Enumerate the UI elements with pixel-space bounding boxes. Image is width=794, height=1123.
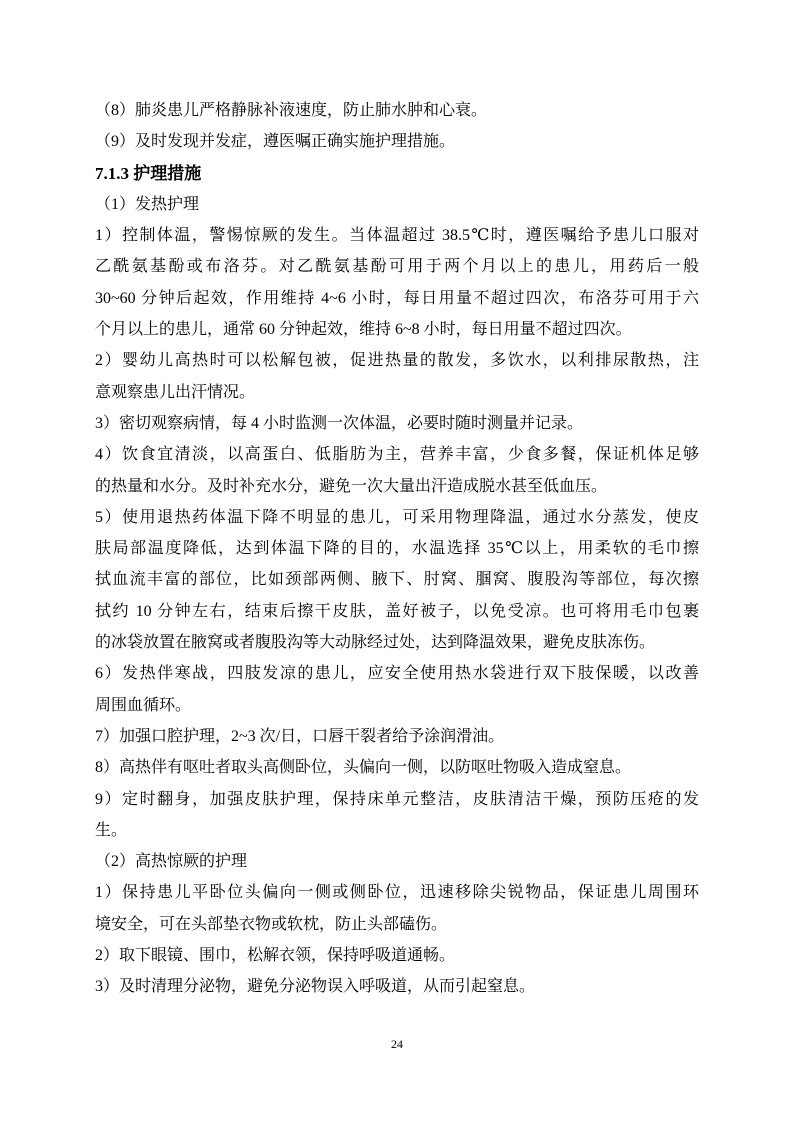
document-body: （8）肺炎患儿严格静脉补液速度，防止肺水肿和心衰。（9）及时发现并发症，遵医嘱正… — [95, 95, 699, 1003]
text-line: 拭血流丰富的部位，比如颈部两侧、腋下、肘窝、腘窝、腹股沟等部位，每次擦 — [95, 564, 699, 595]
text-line: 7）加强口腔护理，2~3 次/日，口唇干裂者给予涂润滑油。 — [95, 721, 699, 752]
text-line: 2）取下眼镜、围巾，松解衣领，保持呼吸道通畅。 — [95, 940, 699, 971]
text-line: （2）高热惊厥的护理 — [95, 846, 699, 877]
text-line: 6）发热伴寒战，四肢发凉的患儿，应安全使用热水袋进行双下肢保暖，以改善 — [95, 658, 699, 689]
text-line: 肤局部温度降低，达到体温下降的目的，水温选择 35℃以上，用柔软的毛巾擦 — [95, 533, 699, 564]
text-line: 3）及时清理分泌物，避免分泌物误入呼吸道，从而引起窒息。 — [95, 971, 699, 1002]
text-line: 周围血循环。 — [95, 690, 699, 721]
text-line: 个月以上的患儿，通常 60 分钟起效，维持 6~8 小时，每日用量不超过四次。 — [95, 314, 699, 345]
text-line: 拭约 10 分钟左右，结束后擦干皮肤，盖好被子，以免受凉。也可将用毛巾包裹 — [95, 596, 699, 627]
text-line: 的冰袋放置在腋窝或者腹股沟等大动脉经过处，达到降温效果，避免皮肤冻伤。 — [95, 627, 699, 658]
text-line: 3）密切观察病情，每 4 小时监测一次体温，必要时随时测量并记录。 — [95, 408, 699, 439]
text-line: 30~60 分钟后起效，作用维持 4~6 小时，每日用量不超过四次，布洛芬可用于… — [95, 283, 699, 314]
text-line: 意观察患儿出汗情况。 — [95, 377, 699, 408]
text-line: 5）使用退热药体温下降不明显的患儿，可采用物理降温，通过水分蒸发，使皮 — [95, 502, 699, 533]
text-line: 2）婴幼儿高热时可以松解包被，促进热量的散发，多饮水，以利排尿散热，注 — [95, 345, 699, 376]
text-line: （1）发热护理 — [95, 189, 699, 220]
document-page: （8）肺炎患儿严格静脉补液速度，防止肺水肿和心衰。（9）及时发现并发症，遵医嘱正… — [0, 0, 794, 1123]
text-line: 的热量和水分。及时补充水分，避免一次大量出汗造成脱水甚至低血压。 — [95, 471, 699, 502]
page-number: 24 — [0, 1036, 794, 1052]
text-line: （9）及时发现并发症，遵医嘱正确实施护理措施。 — [95, 126, 699, 157]
text-line: 生。 — [95, 815, 699, 846]
text-line: 1）保持患儿平卧位头偏向一侧或侧卧位，迅速移除尖锐物品，保证患儿周围环 — [95, 877, 699, 908]
text-line: 8）高热伴有呕吐者取头高侧卧位，头偏向一侧，以防呕吐物吸入造成窒息。 — [95, 752, 699, 783]
text-line: 境安全，可在头部垫衣物或软枕，防止头部磕伤。 — [95, 909, 699, 940]
text-line: 9）定时翻身，加强皮肤护理，保持床单元整洁，皮肤清洁干燥，预防压疮的发 — [95, 784, 699, 815]
text-line: 1）控制体温，警惕惊厥的发生。当体温超过 38.5℃时，遵医嘱给予患儿口服对 — [95, 220, 699, 251]
text-line: （8）肺炎患儿严格静脉补液速度，防止肺水肿和心衰。 — [95, 95, 699, 126]
text-line: 乙酰氨基酚或布洛芬。对乙酰氨基酚可用于两个月以上的患儿，用药后一般 — [95, 251, 699, 282]
section-heading: 7.1.3 护理措施 — [95, 158, 699, 189]
text-line: 4）饮食宜清淡，以高蛋白、低脂肪为主，营养丰富，少食多餐，保证机体足够 — [95, 439, 699, 470]
